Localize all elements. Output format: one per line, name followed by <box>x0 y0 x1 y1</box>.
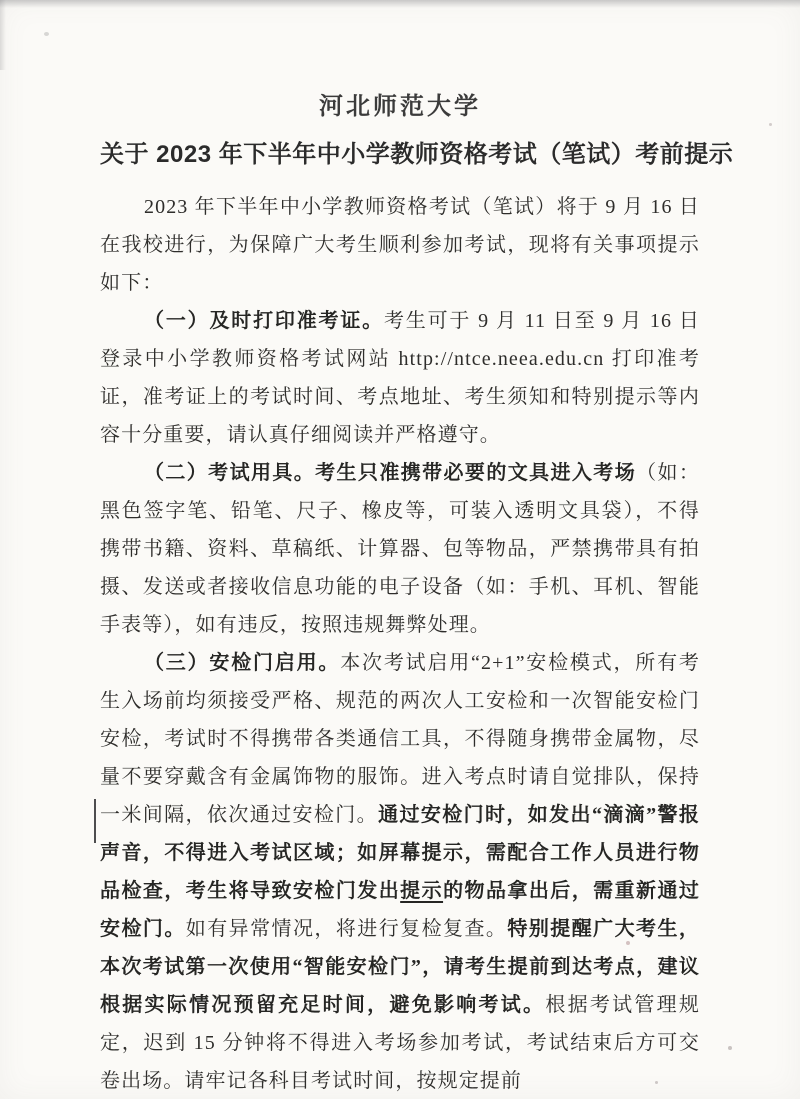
scan-speck <box>728 1046 732 1050</box>
text-run: （一）及时打印准考证。 <box>144 310 384 332</box>
scanned-document-page: 河北师范大学 关于 2023 年下半年中小学教师资格考试（笔试）考前提示 202… <box>0 0 800 1099</box>
text-run: 提示 <box>400 880 443 902</box>
text-run: 如有异常情况，将进行复检复查。 <box>186 918 508 940</box>
paragraph: （三）安检门启用。本次考试启用“2+1”安检模式，所有考生入场前均须接受严格、规… <box>100 644 700 1099</box>
scan-speck <box>44 32 49 36</box>
text-run: 2023 年下半年中小学教师资格考试（笔试）将于 9 月 16 日在我校进行，为… <box>100 196 700 294</box>
text-run: （如：黑色签字笔、铅笔、尺子、橡皮等，可装入透明文具袋），不得携带书籍、资料、草… <box>100 462 700 636</box>
document-title: 河北师范大学 <box>100 92 700 122</box>
paragraph: （二）考试用具。考生只准携带必要的文具进入考场（如：黑色签字笔、铅笔、尺子、橡皮… <box>100 454 700 644</box>
document-subtitle: 关于 2023 年下半年中小学教师资格考试（笔试）考前提示 <box>100 139 700 171</box>
text-run: （三）安检门启用。 <box>144 652 340 674</box>
paragraph: （一）及时打印准考证。考生可于 9 月 11 日至 9 月 16 日登录中小学教… <box>100 302 700 454</box>
document: 河北师范大学 关于 2023 年下半年中小学教师资格考试（笔试）考前提示 202… <box>100 92 700 1099</box>
text-run: （二）考试用具。考生只准携带必要的文具进入考场 <box>144 462 636 484</box>
document-body: 2023 年下半年中小学教师资格考试（笔试）将于 9 月 16 日在我校进行，为… <box>100 188 700 1099</box>
scan-speck <box>769 123 772 126</box>
text-run: 本次考试启用“2+1”安检模式，所有考生入场前均须接受严格、规范的两次人工安检和… <box>100 652 700 826</box>
scan-edge-artifact <box>0 0 6 70</box>
margin-mark-line <box>94 799 96 843</box>
scan-edge-artifact <box>0 0 800 8</box>
paragraph: 2023 年下半年中小学教师资格考试（笔试）将于 9 月 16 日在我校进行，为… <box>100 188 700 302</box>
